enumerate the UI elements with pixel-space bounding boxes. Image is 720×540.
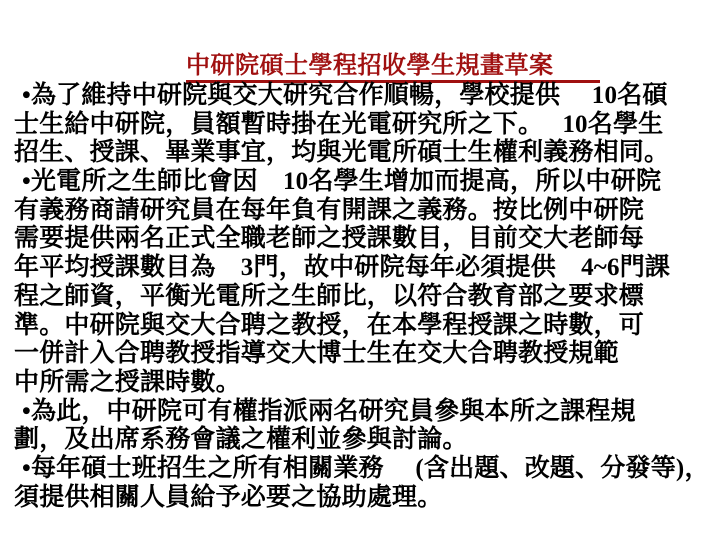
- body-line: 程之師資，平衡光電所之生師比，以符合教育部之要求標: [14, 283, 718, 312]
- body-line: 須提供相關人員給予必要之協助處理。: [14, 484, 718, 513]
- body-line: 招生、授課、畢業事宜，均與光電所碩士生權利義務相同。: [14, 139, 718, 168]
- slide-title-text: 中研院碩士學程招收學生規畫草案: [186, 53, 600, 83]
- body-line: •光電所之生師比會因 10名學生增加而提高，所以中研院: [14, 168, 718, 197]
- body-line: 一併計入合聘教授指導交大博士生在交大合聘教授規範: [14, 340, 718, 369]
- body-line: 需要提供兩名正式全職老師之授課數目，目前交大老師每: [14, 225, 718, 254]
- slide-body: •為了維持中研院與交大研究合作順暢，學校提供 10名碩 士生給中研院，員額暫時掛…: [14, 82, 718, 512]
- body-line: 中所需之授課時數。: [14, 369, 718, 398]
- body-line: •每年碩士班招生之所有相關業務 (含出題、改題、分發等)，: [14, 455, 718, 484]
- body-line: •為了維持中研院與交大研究合作順暢，學校提供 10名碩: [14, 82, 718, 111]
- body-line: 劃，及出席系務會議之權利並參與討論。: [14, 426, 718, 455]
- body-line: 有義務商請研究員在每年負有開課之義務。按比例中研院: [14, 197, 718, 226]
- body-line: •為此，中研院可有權指派兩名研究員參與本所之課程規: [14, 398, 718, 427]
- slide: 中研院碩士學程招收學生規畫草案 •為了維持中研院與交大研究合作順暢，學校提供 1…: [0, 0, 720, 540]
- body-line: 士生給中研院，員額暫時掛在光電研究所之下。 10名學生: [14, 111, 718, 140]
- body-line: 年平均授課數目為 3門，故中研院每年必須提供 4~6門課: [14, 254, 718, 283]
- body-line: 準。中研院與交大合聘之教授，在本學程授課之時數，可: [14, 312, 718, 341]
